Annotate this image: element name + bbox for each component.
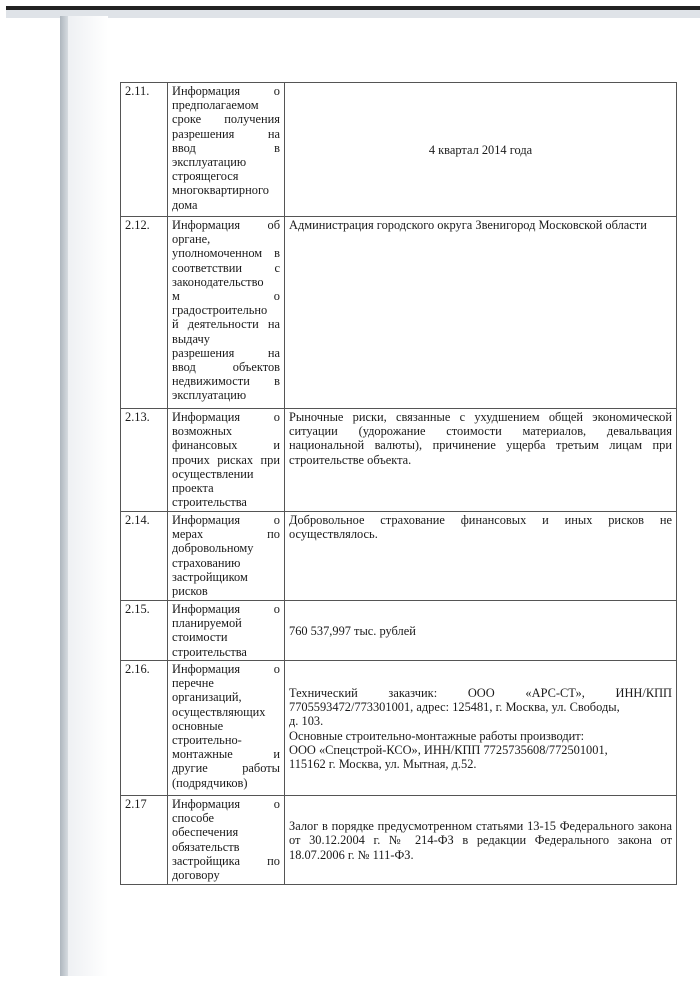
value-line: Технический заказчик: ООО «АРС-СТ», ИНН/… (289, 686, 672, 700)
label-line: страхованию (172, 556, 280, 570)
row-label: Информация опланируемойстоимостистроител… (168, 601, 285, 661)
row-number: 2.13. (121, 409, 168, 512)
label-line: добровольному (172, 541, 280, 555)
label-line: органе, (172, 232, 280, 246)
row-number: 2.16. (121, 661, 168, 796)
label-line: Информация о (172, 602, 280, 616)
label-line: градостроительно (172, 303, 280, 317)
row-value: Технический заказчик: ООО «АРС-СТ», ИНН/… (285, 661, 677, 796)
label-line: монтажные и (172, 747, 280, 761)
label-line: разрешения на (172, 346, 280, 360)
label-line: Информация о (172, 84, 280, 98)
value-line: ООО «Спецстрой-КСО», ИНН/КПП 7725735608/… (289, 743, 672, 757)
value-line: 7705593472/773301001, адрес: 125481, г. … (289, 700, 672, 714)
row-number: 2.14. (121, 512, 168, 601)
label-line: прочих рисках при (172, 453, 280, 467)
label-line: многоквартирного (172, 183, 280, 197)
value-line: Основные строительно-монтажные работы пр… (289, 729, 672, 743)
label-line: стоимости (172, 630, 280, 644)
label-line: законодательство (172, 275, 280, 289)
label-line: разрешения на (172, 127, 280, 141)
label-line: строительно- (172, 733, 280, 747)
label-line: организаций, (172, 690, 280, 704)
label-line: перечне (172, 676, 280, 690)
table-row-2-15: 2.15. Информация опланируемойстоимостист… (121, 601, 677, 661)
table-row-2-14: 2.14. Информация омерах подобровольномус… (121, 512, 677, 601)
label-line: м о (172, 289, 280, 303)
table-row-2-17: 2.17 Информация оспособеобеспеченияобяза… (121, 796, 677, 885)
label-line: Информация о (172, 662, 280, 676)
row-number: 2.11. (121, 83, 168, 217)
developer-info-table: 2.11. Информация опредполагаемомсроке по… (120, 82, 677, 885)
row-label: Информация оперечнеорганизаций,осуществл… (168, 661, 285, 796)
label-line: выдачу (172, 332, 280, 346)
row-label: Информация овозможныхфинансовых ипрочих … (168, 409, 285, 512)
label-line: договору (172, 868, 280, 882)
label-line: Информация о (172, 797, 280, 811)
label-line: эксплуатацию (172, 155, 280, 169)
row-value: 760 537,997 тыс. рублей (285, 601, 677, 661)
row-number: 2.15. (121, 601, 168, 661)
row-label: Информация опредполагаемомсроке получени… (168, 83, 285, 217)
value-line: д. 103. (289, 714, 672, 728)
label-line: финансовых и (172, 438, 280, 452)
value-line: 115162 г. Москва, ул. Мытная, д.52. (289, 757, 672, 771)
row-value: Добровольное страхование финансовых и ин… (285, 512, 677, 601)
row-value: Администрация городского округа Звенигор… (285, 217, 677, 409)
label-line: планируемой (172, 616, 280, 630)
label-line: осуществлении (172, 467, 280, 481)
label-line: основные (172, 719, 280, 733)
label-line: недвижимости в (172, 374, 280, 388)
scan-binding-shadow (60, 16, 68, 976)
label-line: застройщиком (172, 570, 280, 584)
scan-page-gradient (68, 16, 108, 976)
label-line: рисков (172, 584, 280, 598)
row-number: 2.17 (121, 796, 168, 885)
label-line: (подрядчиков) (172, 776, 280, 790)
row-value: Залог в порядке предусмотренном статьями… (285, 796, 677, 885)
label-line: строящегося (172, 169, 280, 183)
label-line: сроке получения (172, 112, 280, 126)
row-label: Информация омерах подобровольномустрахов… (168, 512, 285, 601)
label-line: застройщика по (172, 854, 280, 868)
table-row-2-11: 2.11. Информация опредполагаемомсроке по… (121, 83, 677, 217)
label-line: обязательств (172, 840, 280, 854)
label-line: ввод в (172, 141, 280, 155)
label-line: осуществляющих (172, 705, 280, 719)
label-line: обеспечения (172, 825, 280, 839)
row-value: 4 квартал 2014 года (285, 83, 677, 217)
table-row-2-12: 2.12. Информация оборгане,уполномоченном… (121, 217, 677, 409)
label-line: Информация о (172, 513, 280, 527)
label-line: Информация об (172, 218, 280, 232)
label-line: ввод объектов (172, 360, 280, 374)
label-line: эксплуатацию (172, 388, 280, 402)
label-line: Информация о (172, 410, 280, 424)
row-label: Информация оборгане,уполномоченном всоот… (168, 217, 285, 409)
label-line: проекта (172, 481, 280, 495)
table-row-2-13: 2.13. Информация овозможныхфинансовых ип… (121, 409, 677, 512)
label-line: строительства (172, 495, 280, 509)
table-row-2-16: 2.16. Информация оперечнеорганизаций,осу… (121, 661, 677, 796)
label-line: другие работы (172, 761, 280, 775)
label-line: возможных (172, 424, 280, 438)
label-line: соответствии с (172, 261, 280, 275)
label-line: уполномоченном в (172, 246, 280, 260)
label-line: мерах по (172, 527, 280, 541)
row-value: Рыночные риски, связанные с ухудшением о… (285, 409, 677, 512)
label-line: й деятельности на (172, 317, 280, 331)
label-line: предполагаемом (172, 98, 280, 112)
label-line: способе (172, 811, 280, 825)
label-line: дома (172, 198, 280, 212)
label-line: строительства (172, 645, 280, 659)
scan-top-edge (6, 6, 700, 18)
row-label: Информация оспособеобеспеченияобязательс… (168, 796, 285, 885)
row-number: 2.12. (121, 217, 168, 409)
